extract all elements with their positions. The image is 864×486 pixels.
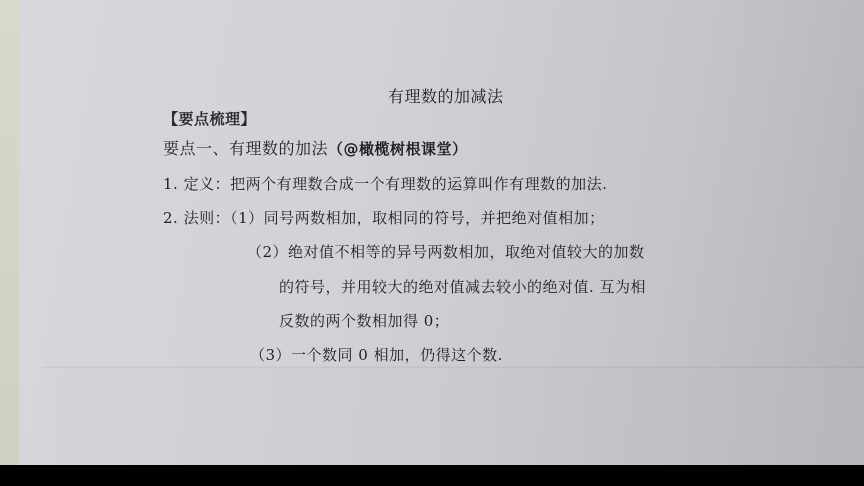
document-title: 有理数的加减法: [388, 84, 504, 107]
document-photo: 有理数的加减法 【要点梳理】 要点一、有理数的加法（@橄榄树根课堂） 1. 定义…: [0, 0, 864, 465]
letterbox-bar: [0, 465, 864, 486]
rule-line-2: （2）绝对值不相等的异号两数相加，取绝对值较大的加数: [247, 241, 645, 262]
rule-line-2-cont: 的符号，并用较大的绝对值减去较小的绝对值. 互为相: [279, 276, 646, 297]
page-edge-strip: [0, 0, 19, 465]
section-heading: 【要点梳理】: [163, 108, 256, 129]
watermark-label: （@橄榄树根课堂）: [328, 140, 468, 158]
rule-line-2-cont2: 反数的两个数相加得 0；: [279, 310, 449, 331]
definition-line: 1. 定义：把两个有理数合成一个有理数的运算叫作有理数的加法.: [163, 173, 607, 194]
rule-line-3: （3）一个数同 0 相加，仍得这个数.: [250, 344, 503, 365]
point-one-label: 要点一、有理数的加法: [163, 139, 328, 158]
rule-line-1: 2. 法则：（1）同号两数相加，取相同的符号，并把绝对值相加；: [163, 207, 605, 228]
point-one-heading: 要点一、有理数的加法（@橄榄树根课堂）: [163, 136, 468, 159]
overlapping-sheet: [42, 368, 864, 465]
